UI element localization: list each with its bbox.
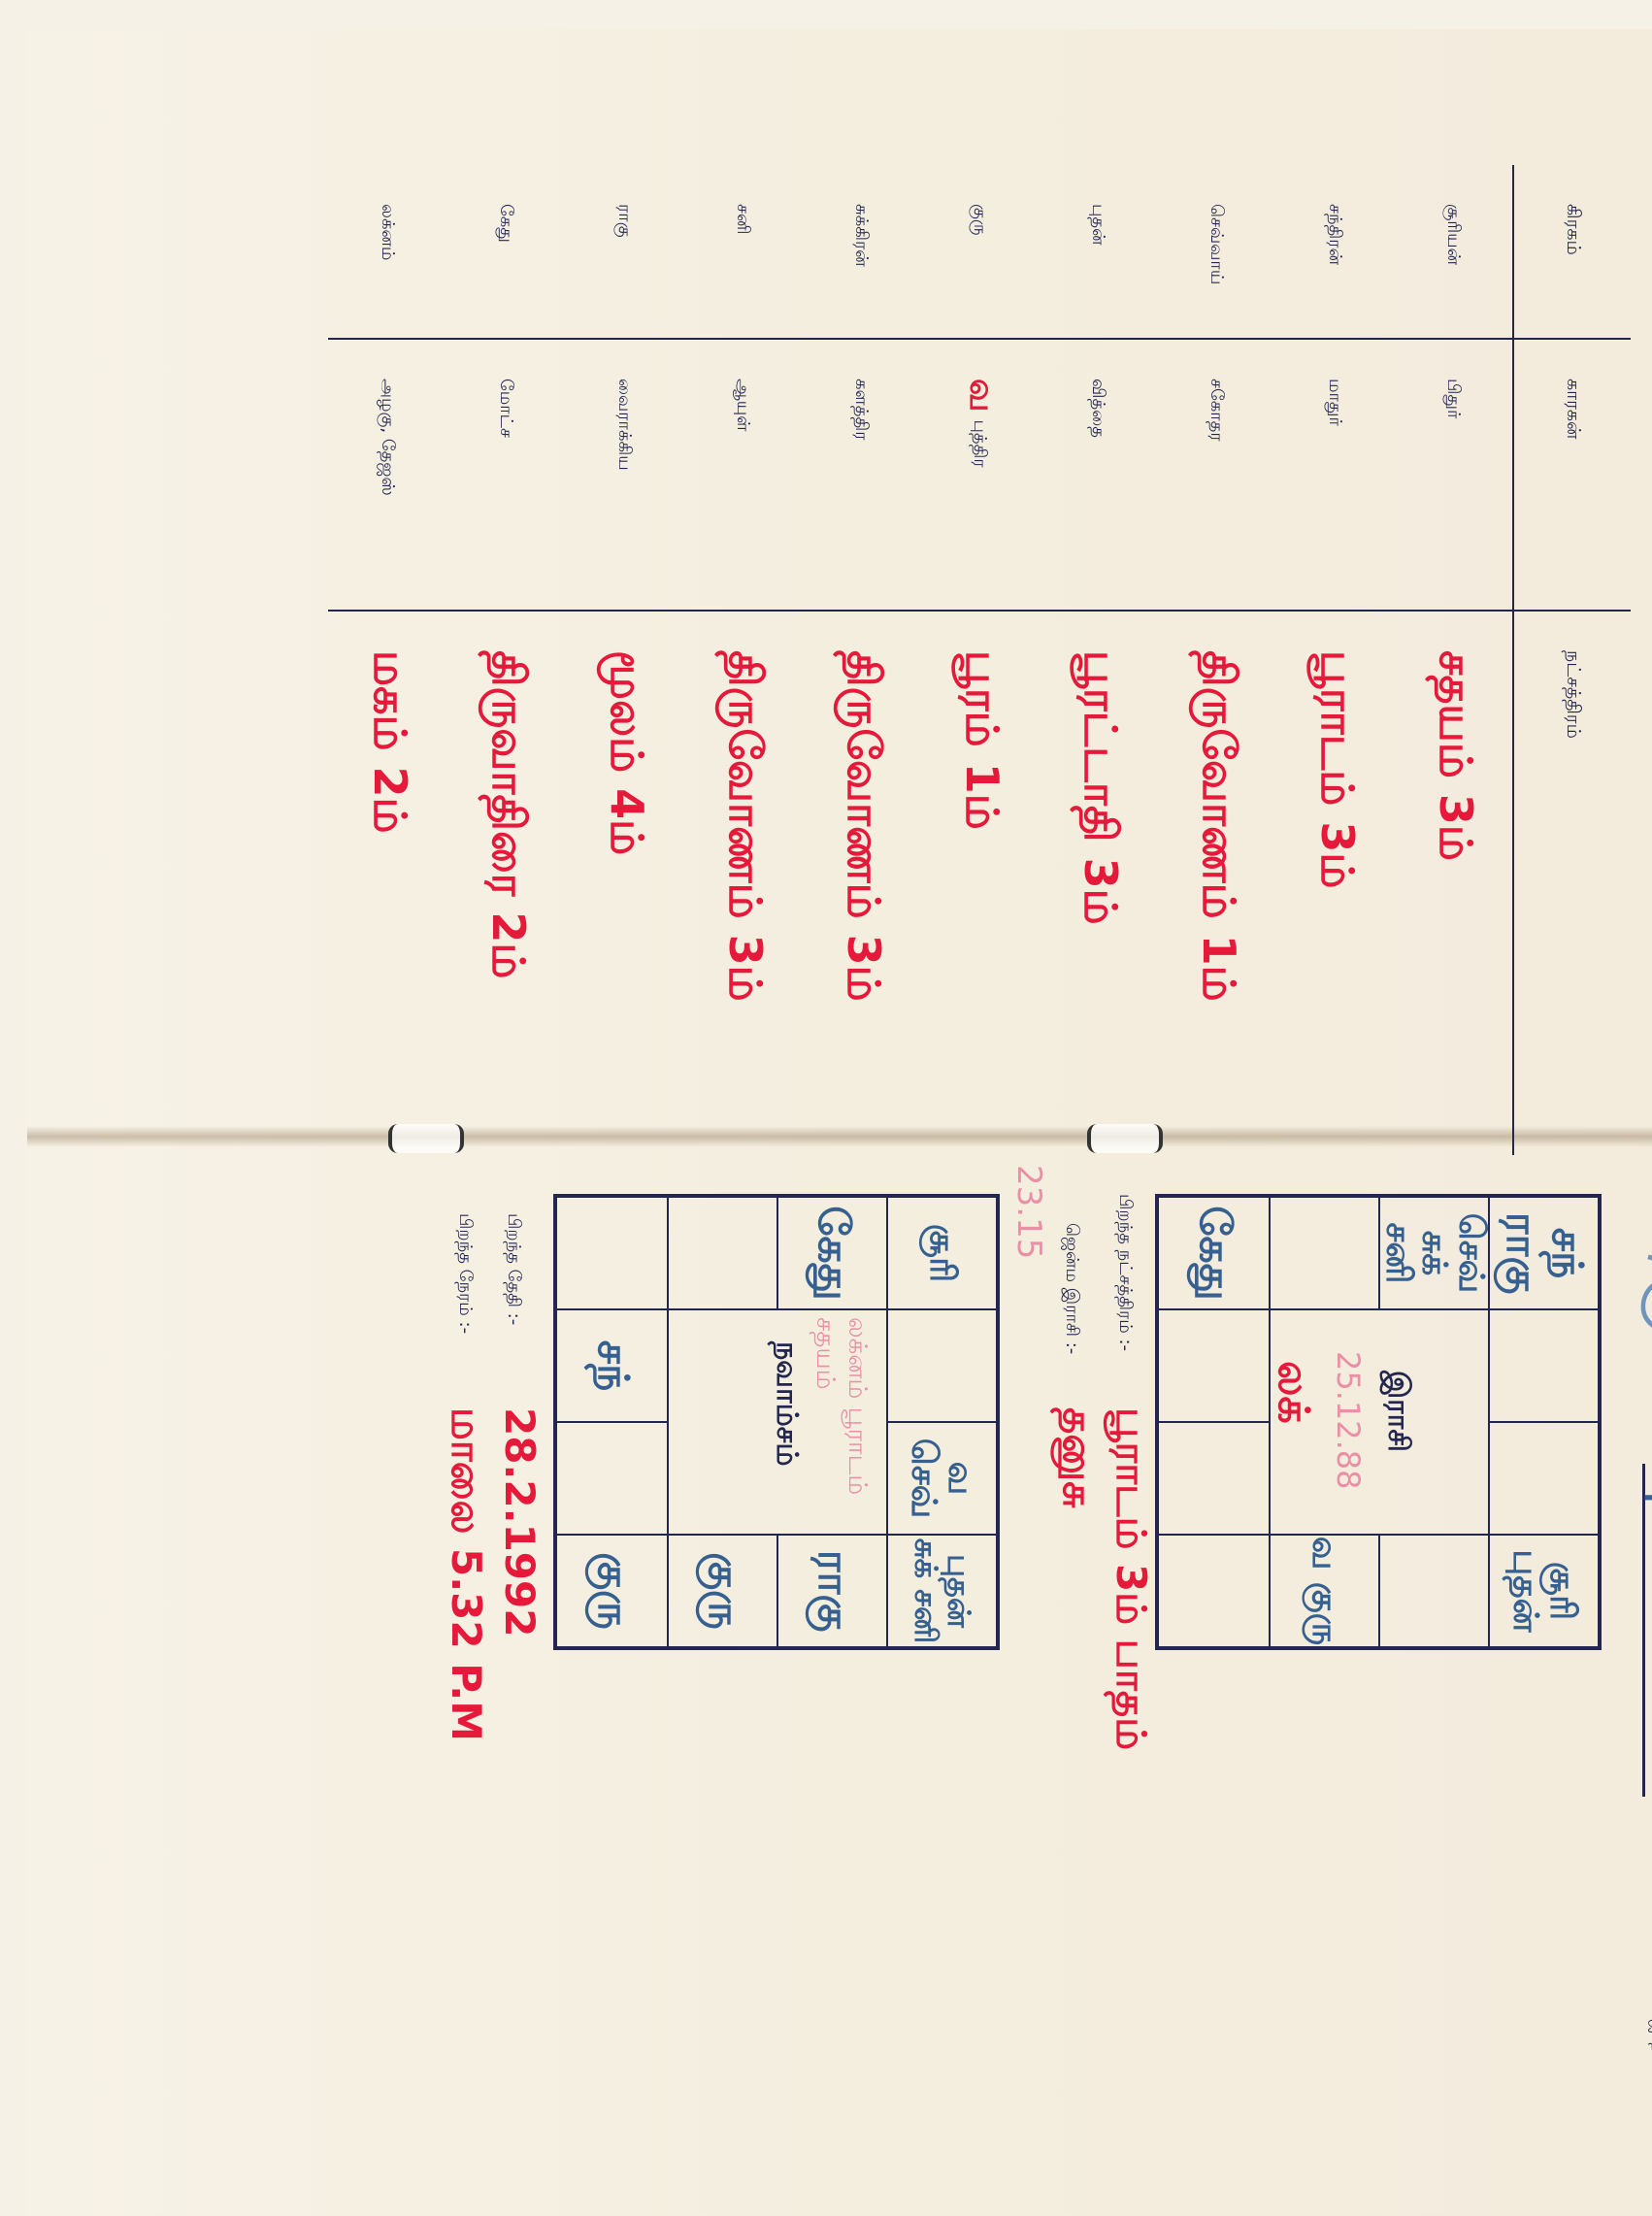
- birth-time-value: மாலை 5.32 P.M: [437, 1407, 490, 1741]
- name-suffix: ஜாதகம்: [1647, 2019, 1652, 2079]
- graha-table: கிரகம் காரகன் நட்சத்திரம் சூரியன் பிதுர்…: [328, 165, 1631, 1155]
- karaka-cell: பிதுர்: [1394, 340, 1512, 612]
- rasi-cell: சூரி புதன்: [1488, 1534, 1600, 1648]
- birth-star-value: பூராடம் 3ம் பாதம்: [1102, 1407, 1155, 1750]
- birth-date-value: 28.2.1992: [496, 1407, 544, 1637]
- navamsa-cell: குரு: [667, 1534, 778, 1648]
- karaka-cell: ஆயுள்: [683, 340, 802, 612]
- rasi-cell: [1488, 1421, 1600, 1536]
- rasi-cell: [1157, 1534, 1271, 1648]
- nakshatra-cell: சதயம் 3ம்: [1394, 612, 1512, 1155]
- col-header-nakshatra: நட்சத்திரம்: [1514, 612, 1631, 1155]
- rasi-value: தனுசு: [1048, 1407, 1102, 1507]
- planet-cell: செவ்வாய்: [1157, 165, 1275, 340]
- table-row: சுக்கிரன் களத்திர திருவோணம் 3ம்: [802, 165, 920, 1155]
- table-row: ராகு வைராக்கிய மூலம் 4ம்: [565, 165, 683, 1155]
- table-row: செவ்வாய் சகோதர திருவோணம் 1ம்: [1157, 165, 1275, 1155]
- nakshatra-cell: பூரட்டாதி 3ம்: [1039, 612, 1157, 1155]
- table-header: கிரகம் காரகன் நட்சத்திரம்: [1512, 165, 1631, 1155]
- rasi-cell: வ குரு: [1269, 1534, 1380, 1648]
- rasi-cell: [1157, 1308, 1271, 1423]
- navamsa-cell: கேது: [776, 1196, 888, 1310]
- birth-time-label: பிறந்த நேரம் :-: [453, 1213, 476, 1334]
- rasi-cell: சந் ராகு: [1488, 1196, 1600, 1310]
- planet-cell: லக்னம்: [328, 165, 446, 340]
- birth-star-label: பிறந்த நட்சத்திரம் :-: [1113, 1194, 1136, 1351]
- nakshatra-cell: திருவோணம் 1ம்: [1157, 612, 1275, 1155]
- table-row: புதன் வித்தை பூரட்டாதி 3ம்: [1039, 165, 1157, 1155]
- planet-cell: ராகு: [565, 165, 683, 340]
- karaka-cell: களத்திர: [802, 340, 920, 612]
- navamsa-cell: [886, 1308, 998, 1423]
- navamsa-cell: குரு: [555, 1534, 669, 1648]
- planet-cell: சனி: [683, 165, 802, 340]
- navamsa-cell: ராகு: [776, 1534, 888, 1648]
- rasi-cell: செவ் சுக் சனி: [1378, 1196, 1490, 1310]
- karaka-cell: அழகு, தேஜஸ்: [328, 340, 446, 612]
- col-header-planet: கிரகம்: [1514, 165, 1631, 340]
- table-row: கேது மோட்ச திருவாதிரை 2ம்: [446, 165, 565, 1155]
- navamsa-cell: சூரி: [886, 1196, 998, 1310]
- planet-cell: குரு: [920, 165, 1039, 340]
- table-row: சனி ஆயுள் திருவோணம் 3ம்: [683, 165, 802, 1155]
- pink-annotation: 25.12.88: [1330, 1351, 1367, 1490]
- table-row: குரு வ புத்திர பூரம் 1ம்: [920, 165, 1039, 1155]
- rasi-center-label: இராசி: [1377, 1371, 1415, 1452]
- rasi-chart: சந் ராகு சூரி புதன் செவ் சுக் சனி வ குரு…: [1155, 1194, 1602, 1650]
- planet-cell: கேது: [446, 165, 565, 340]
- planet-cell: புதன்: [1039, 165, 1157, 340]
- nakshatra-cell: திருவாதிரை 2ம்: [446, 612, 565, 1155]
- navamsa-center-label: நவாம்சம்: [766, 1341, 804, 1467]
- name-prefix: சிரஞ்சீவி:: [1645, 1204, 1652, 1446]
- birth-date-label: பிறந்த தேதி :-: [502, 1213, 524, 1325]
- navamsa-cell: புதன் சுக் சனி: [886, 1534, 998, 1648]
- planet-cell: சூரியன்: [1394, 165, 1512, 340]
- table-row: லக்னம் அழகு, தேஜஸ் மகம் 2ம்: [328, 165, 446, 1155]
- rasi-label: ஜென்ம இராசி :-: [1060, 1223, 1082, 1354]
- karaka-cell: சகோதர: [1157, 340, 1275, 612]
- retrograde-mark: வ: [957, 379, 1002, 412]
- karaka-cell: மாதுர்: [1275, 340, 1394, 612]
- pink-annotation: லக்னம் பூராடம் சதயம்: [808, 1317, 872, 1511]
- karaka-cell: வித்தை: [1039, 340, 1157, 612]
- native-name: சிரஞ்சீவி: புவனேஸ்வரி: [1638, 1204, 1652, 1797]
- rasi-cell: கேது: [1157, 1196, 1271, 1310]
- navamsa-chart: சூரி வ செவ் புதன் சுக் சனி கேது ராகு குர…: [553, 1194, 1000, 1650]
- rasi-cell: [1378, 1534, 1490, 1648]
- nakshatra-cell: பூரம் 1ம்: [920, 612, 1039, 1155]
- navamsa-cell: [667, 1196, 778, 1310]
- name-value: புவனேஸ்வரி: [1642, 1464, 1652, 1797]
- navamsa-cell: [555, 1196, 669, 1310]
- table-row: சூரியன் பிதுர் சதயம் 3ம்: [1394, 165, 1512, 1155]
- nakshatra-cell: மகம் 2ம்: [328, 612, 446, 1155]
- karaka-text: புத்திர: [969, 419, 991, 467]
- lagna-mark: லக்: [1263, 1361, 1318, 1424]
- karaka-cell: வ புத்திர: [920, 340, 1039, 612]
- jathagam-page: உ ஸ்ரீ ராமஜெயம் சிரஞ்சீவி: புவனேஸ்வரி ஜா…: [165, 1165, 1640, 2194]
- planet-cell: சந்திரன்: [1275, 165, 1394, 340]
- nakshatra-cell: மூலம் 4ம்: [565, 612, 683, 1155]
- pink-time-note: 23.15: [1009, 1165, 1048, 1259]
- rasi-cell: [1157, 1421, 1271, 1536]
- table-row: சந்திரன் மாதுர் பூராடம் 3ம்: [1275, 165, 1394, 1155]
- rasi-cell: [1269, 1196, 1380, 1310]
- karaka-cell: வைராக்கிய: [565, 340, 683, 612]
- col-header-karaka: காரகன்: [1514, 340, 1631, 612]
- planet-cell: சுக்கிரன்: [802, 165, 920, 340]
- nakshatra-cell: திருவோணம் 3ம்: [683, 612, 802, 1155]
- nakshatra-cell: பூராடம் 3ம்: [1275, 612, 1394, 1155]
- navamsa-cell: வ செவ்: [886, 1421, 998, 1536]
- karaka-cell: மோட்ச: [446, 340, 565, 612]
- graha-nilai-page: உ கிரக நிலை கிரகம் காரகன் நட்சத்திரம் சூ…: [175, 165, 1631, 1155]
- nakshatra-cell: திருவோணம் 3ம்: [802, 612, 920, 1155]
- navamsa-cell: [555, 1421, 669, 1536]
- navamsa-cell: சந்: [555, 1308, 669, 1423]
- rasi-cell: [1488, 1308, 1600, 1423]
